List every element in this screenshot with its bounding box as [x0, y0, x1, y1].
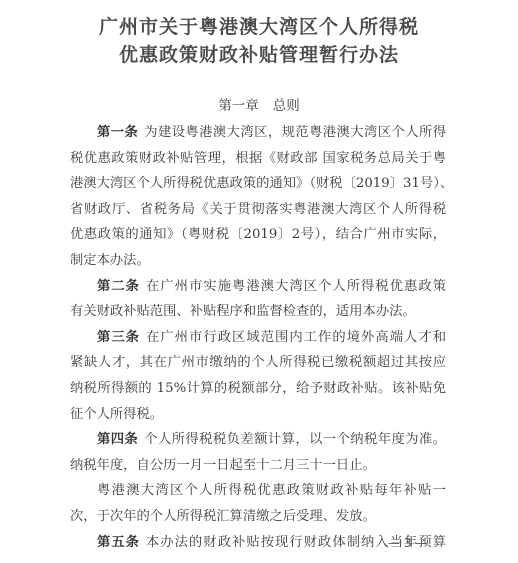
document-title-line-2: 优惠政策财政补贴管理暂行办法: [0, 40, 518, 67]
document-body: 第一条为建设粤港澳大湾区，规范粤港澳大湾区个人所得 税优惠政策财政补贴管理，根据…: [70, 120, 446, 555]
paragraph-line: 省财政厅、省税务局《关于贯彻落实粤港澳大湾区个人所得税: [70, 197, 446, 223]
paragraph-line: 优惠政策的通知》（粤财税〔2019〕2号），结合广州市实际，: [70, 222, 446, 248]
paragraph-line: 第四条个人所得税税负差额计算，以一个纳税年度为准。: [70, 427, 446, 453]
article-label: 第五条: [97, 535, 140, 550]
paragraph-line: 港澳大湾区个人所得税优惠政策的通知》（财税〔2019〕31号）、: [70, 171, 446, 197]
paragraph-line: 制定本办法。: [70, 248, 446, 274]
paragraph-line: 税优惠政策财政补贴管理，根据《财政部 国家税务总局关于粤: [70, 146, 446, 172]
paragraph-line: 第三条在广州市行政区域范围内工作的境外高端人才和: [70, 325, 446, 351]
paragraph-line: 次，于次年的个人所得税汇算清缴之后受理、发放。: [70, 504, 446, 530]
chapter-name: 总则: [273, 98, 300, 114]
paragraph-line: 纳税年度，自公历一月一日起至十二月三十一日止。: [70, 453, 446, 479]
paragraph-line: 纳税所得额的 15%计算的税额部分，给予财政补贴。该补贴免: [70, 376, 446, 402]
article-label: 第四条: [97, 432, 138, 447]
document-title-line-1: 广州市关于粤港澳大湾区个人所得税: [0, 12, 518, 39]
chapter-heading: 第一章总则: [0, 94, 518, 114]
page-number: — 3 —: [388, 536, 427, 550]
paragraph-line: 第二条在广州市实施粤港澳大湾区个人所得税优惠政策: [70, 274, 446, 300]
paragraph-line: 有关财政补贴范围、补贴程序和监督检查的，适用本办法。: [70, 299, 446, 325]
paragraph-line: 第一条为建设粤港澳大湾区，规范粤港澳大湾区个人所得: [70, 120, 446, 146]
article-label: 第三条: [97, 330, 140, 345]
paragraph-line: 紧缺人才，其在广州市缴纳的个人所得税已缴税额超过其按应: [70, 350, 446, 376]
article-label: 第一条: [97, 125, 138, 140]
paragraph-line: 粤港澳大湾区个人所得税优惠政策财政补贴每年补贴一: [70, 478, 446, 504]
article-label: 第二条: [97, 279, 140, 294]
paragraph-line: 征个人所得税。: [70, 402, 446, 428]
chapter-number: 第一章: [218, 98, 259, 114]
